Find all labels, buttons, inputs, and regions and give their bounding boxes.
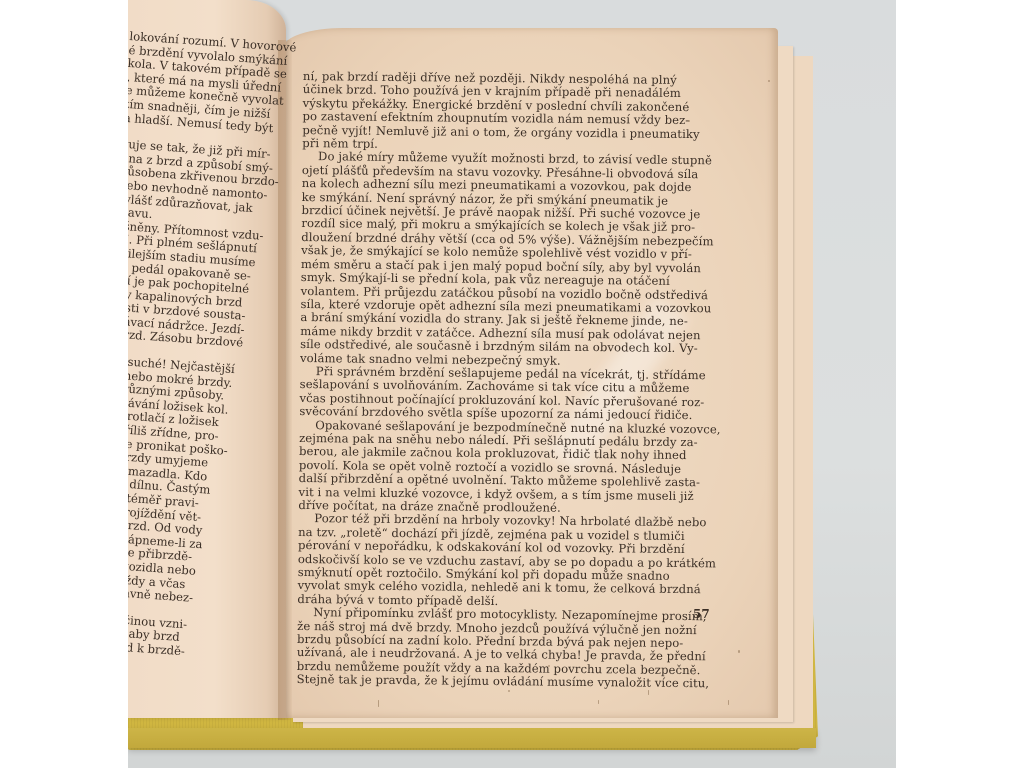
paper-speck (508, 690, 510, 692)
paper-speck (458, 610, 459, 616)
page-number: 57 (693, 607, 710, 621)
paper-speck (598, 700, 599, 704)
right-page-text: ní, pak brzdí raději dříve než později. … (297, 70, 733, 691)
paper-speck (328, 640, 330, 645)
paper-speck (688, 120, 690, 122)
paper-speck (548, 665, 550, 667)
book-gutter (278, 40, 292, 720)
paper-speck (728, 700, 729, 705)
book-cover-bottom-edge (128, 728, 816, 748)
paper-speck (648, 690, 649, 695)
book-photo: ní, pak brzdí raději dříve než později. … (128, 0, 896, 768)
paper-speck (378, 700, 379, 707)
paper-speck (738, 650, 740, 653)
paper-speck (768, 80, 770, 82)
